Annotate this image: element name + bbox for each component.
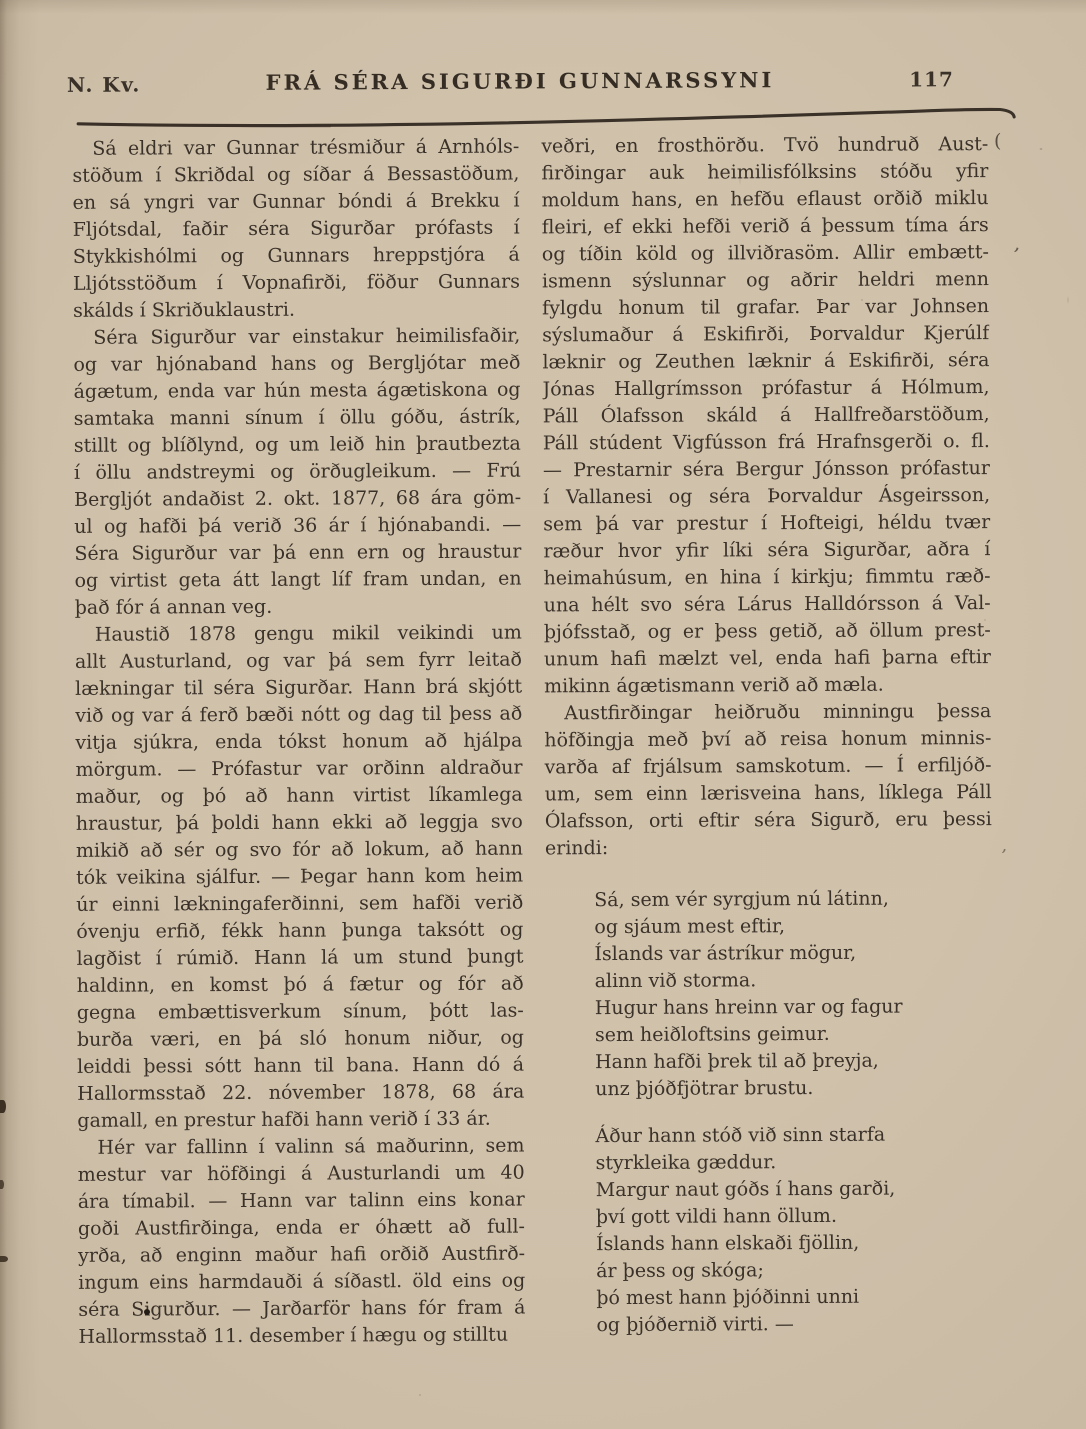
text-line: Séra Sigurður var einstakur heimilisfaði… (73, 323, 520, 352)
text-line: firðingar auk heimilisfólksins stóðu yfi… (541, 158, 988, 187)
text-line: moldum hans, en hefðu eflaust orðið mikl… (542, 185, 989, 214)
text-line: úr einni lækningaferðinni, sem hafði ver… (76, 890, 523, 919)
paragraph: Sá eldri var Gunnar trésmiður á Arnhóls-… (72, 134, 520, 325)
text-line: — Prestarnir séra Bergur Jónsson prófast… (543, 455, 990, 484)
poem-line: Íslands var ástríkur mögur, (594, 939, 992, 968)
poem-stanza: Áður hann stóð við sinn starfastyrkleika… (595, 1121, 994, 1339)
text-line: Ólafsson, orti eftir séra Sigurð, eru þe… (545, 806, 992, 835)
text-line: tók veikina sjálfur. — Þegar hann kom he… (76, 863, 523, 892)
scan-edge-mark (0, 1180, 4, 1189)
text-line: varða af frjálsum samskotum. — Í erfiljó… (544, 752, 991, 781)
text-line: sýslumaður á Eskifirði, Þorvaldur Kjerúl… (542, 320, 989, 349)
text-line: una hélt svo séra Lárus Halldórsson á Va… (544, 590, 991, 619)
text-line: yrða, að enginn maður hafi orðið Austfir… (78, 1241, 525, 1270)
scan-edge-mark (0, 1100, 6, 1113)
text-line: mestur var höfðingi á Austurlandi um 40 (78, 1160, 525, 1189)
text-line: allt Austurland, og var þá sem fyrr leit… (75, 647, 522, 676)
text-line: Séra Sigurður var þá enn ern og hraustur (74, 539, 521, 568)
right-column: veðri, en frosthörðu. Tvö hundruð Aust-f… (541, 131, 994, 1348)
text-line: höfðingja með því að reisa honum minnis- (544, 725, 991, 754)
text-line: vitja sjúkra, enda tókst honum að hjálpa (75, 728, 522, 757)
text-line: stillt og blíðlynd, og um leið hin þraut… (74, 431, 521, 460)
text-line: og var hjónaband hans og Bergljótar með (73, 350, 520, 379)
text-line: Lljótsstöðum í Vopnafirði, föður Gunnars (73, 269, 520, 298)
text-line: erindi: (545, 833, 992, 862)
text-line: Hér var fallinn í valinn sá maðurinn, se… (77, 1133, 524, 1162)
text-line: og virtist geta átt langt líf fram undan… (74, 566, 521, 595)
text-line: við og var á ferð bæði nótt og dag til þ… (75, 701, 522, 730)
paragraph: Austfirðingar heiðruðu minningu þessahöf… (544, 698, 992, 862)
poem-line: styrkleika gæddur. (596, 1148, 994, 1177)
poem-line: því gott vildi hann öllum. (596, 1202, 994, 1231)
poem-line: ár þess og skóga; (596, 1256, 994, 1285)
scanned-page: { "header": { "left": "N. Kv.", "title":… (0, 0, 1086, 1429)
text-line: lagðist í rúmið. Hann lá um stund þungt (76, 944, 523, 973)
text-columns: Sá eldri var Gunnar trésmiður á Arnhóls-… (72, 131, 994, 1351)
text-line: óvenju erfið, fékk hann þunga taksótt og (76, 917, 523, 946)
text-line: ára tímabil. — Hann var talinn eins kona… (78, 1187, 525, 1216)
text-line: Hallormsstað 22. nóvember 1878, 68 ára (77, 1079, 524, 1108)
text-line: Haustið 1878 gengu mikil veikindi um (75, 620, 522, 649)
text-line: ræður hvor yfir líki séra Sigurðar, aðra… (543, 536, 990, 565)
text-line: ul og hafði þá verið 36 ár í hjónabandi.… (74, 512, 521, 541)
text-line: fleiri, ef ekki hefði verið á þessum tím… (542, 212, 989, 241)
paragraph: Hér var fallinn í valinn sá maðurinn, se… (77, 1133, 525, 1351)
text-line: Páll stúdent Vigfússon frá Hrafnsgerði o… (543, 428, 990, 457)
text-line: goði Austfirðinga, enda er óhætt að full… (78, 1214, 525, 1243)
text-line: skálds í Skriðuklaustri. (73, 296, 520, 325)
text-line: veðri, en frosthörðu. Tvö hundruð Aust- (541, 131, 988, 160)
poem-stanza: Sá, sem vér syrgjum nú látinn,og sjáum m… (594, 885, 993, 1103)
text-line: Sá eldri var Gunnar trésmiður á Arnhóls- (72, 134, 519, 163)
header-rule (0, 96, 1086, 136)
paragraph: Haustið 1878 gengu mikil veikindi umallt… (75, 620, 525, 1135)
text-line: ingum eins harmdauði á síðastl. öld eins… (78, 1268, 525, 1297)
text-line: hraustur, þá þoldi hann ekki að leggja s… (76, 809, 523, 838)
left-column: Sá eldri var Gunnar trésmiður á Arnhóls-… (72, 134, 525, 1351)
text-line: Jónas Hallgrímsson prófastur á Hólmum, (542, 374, 989, 403)
poem-line: Áður hann stóð við sinn starfa (595, 1121, 993, 1150)
margin-stray-mark: ( (994, 130, 1001, 152)
memorial-poem: Sá, sem vér syrgjum nú látinn,og sjáum m… (545, 885, 994, 1339)
poem-line: Hann hafði þrek til að þreyja, (595, 1047, 993, 1076)
scan-edge-mark (0, 1256, 8, 1262)
text-line: gegna embættisverkum sínum, þótt las- (77, 998, 524, 1027)
poem-line: unz þjóðfjötrar brustu. (595, 1074, 993, 1103)
text-line: gamall, en prestur hafði hann verið í 33… (77, 1106, 524, 1135)
text-line: mörgum. — Prófastur var orðinn aldraður (75, 755, 522, 784)
text-line: heimahúsum, en hina í kirkju; fimmtu ræð… (543, 563, 990, 592)
text-line: fylgdu honum til grafar. Þar var Johnsen (542, 293, 989, 322)
text-line: mikið að sér og svo fór að lokum, að han… (76, 836, 523, 865)
text-line: unum hafi mælzt vel, enda hafi þarna eft… (544, 644, 991, 673)
poem-line: Íslands hann elskaði fjöllin, (596, 1229, 994, 1258)
text-line: þjófsstað, og er þess getið, að öllum pr… (544, 617, 991, 646)
text-line: mikinn ágætismann verið að mæla. (544, 671, 991, 700)
text-line: það fór á annan veg. (75, 593, 522, 622)
text-line: burða væri, en þá sló honum niður, og (77, 1025, 524, 1054)
text-line: um, sem einn lærisveina hans, líklega Pá… (545, 779, 992, 808)
text-line: Bergljót andaðist 2. okt. 1877, 68 ára g… (74, 485, 521, 514)
text-line: sem þá var prestur í Hofteigi, héldu tvæ… (543, 509, 990, 538)
text-line: Austfirðingar heiðruðu minningu þessa (544, 698, 991, 727)
text-line: samtaka manni sínum í öllu góðu, ástrík, (74, 404, 521, 433)
poem-line: þó mest hann þjóðinni unni (596, 1283, 994, 1312)
text-line: leiddi þessi sótt hann til bana. Hann dó… (77, 1052, 524, 1081)
text-line: Fljótsdal, faðir séra Sigurðar prófasts … (73, 215, 520, 244)
text-line: stöðum í Skriðdal og síðar á Bessastöðum… (72, 161, 519, 190)
paragraph: veðri, en frosthörðu. Tvö hundruð Aust-f… (541, 131, 991, 700)
text-line: og tíðin köld og illviðrasöm. Allir embæ… (542, 239, 989, 268)
poem-line: og þjóðernið virti. — (596, 1310, 994, 1339)
poem-line: Margur naut góðs í hans garði, (596, 1175, 994, 1204)
text-line: Stykkishólmi og Gunnars hreppstjóra á (73, 242, 520, 271)
poem-line: Sá, sem vér syrgjum nú látinn, (594, 885, 992, 914)
text-line: læknir og Zeuthen læknir á Eskifirði, sé… (542, 347, 989, 376)
text-line: en sá yngri var Gunnar bóndi á Brekku í (73, 188, 520, 217)
text-line: Páll Ólafsson skáld á Hallfreðarstöðum, (543, 401, 990, 430)
text-line: í Vallanesi og séra Þorvaldur Ásgeirsson… (543, 482, 990, 511)
text-line: ágætum, enda var hún mesta ágætiskona og (73, 377, 520, 406)
text-line: ismenn sýslunnar og aðrir heldri menn (542, 266, 989, 295)
text-line: lækningar til séra Sigurðar. Hann brá sk… (75, 674, 522, 703)
page-title: FRÁ SÉRA SIGURÐI GUNNARSSYNI (0, 66, 1040, 96)
text-line: í öllu andstreymi og örðugleikum. — Frú (74, 458, 521, 487)
text-line: haldinn, en komst þó á fætur og fór að (77, 971, 524, 1000)
text-line: maður, og þó að hann virtist líkamlega (76, 782, 523, 811)
poem-line: sem heiðloftsins geimur. (595, 1020, 993, 1049)
ink-spot (144, 1309, 150, 1315)
text-line: Hallormsstað 11. desember í hægu og stil… (78, 1322, 525, 1351)
paragraph: Séra Sigurður var einstakur heimilisfaði… (73, 323, 522, 622)
poem-line: alinn við storma. (595, 966, 993, 995)
poem-line: Hugur hans hreinn var og fagur (595, 993, 993, 1022)
page-number: 117 (909, 67, 954, 91)
poem-line: og sjáum mest eftir, (594, 912, 992, 941)
page-content: N. Kv. FRÁ SÉRA SIGURÐI GUNNARSSYNI 117 … (0, 0, 1086, 1429)
